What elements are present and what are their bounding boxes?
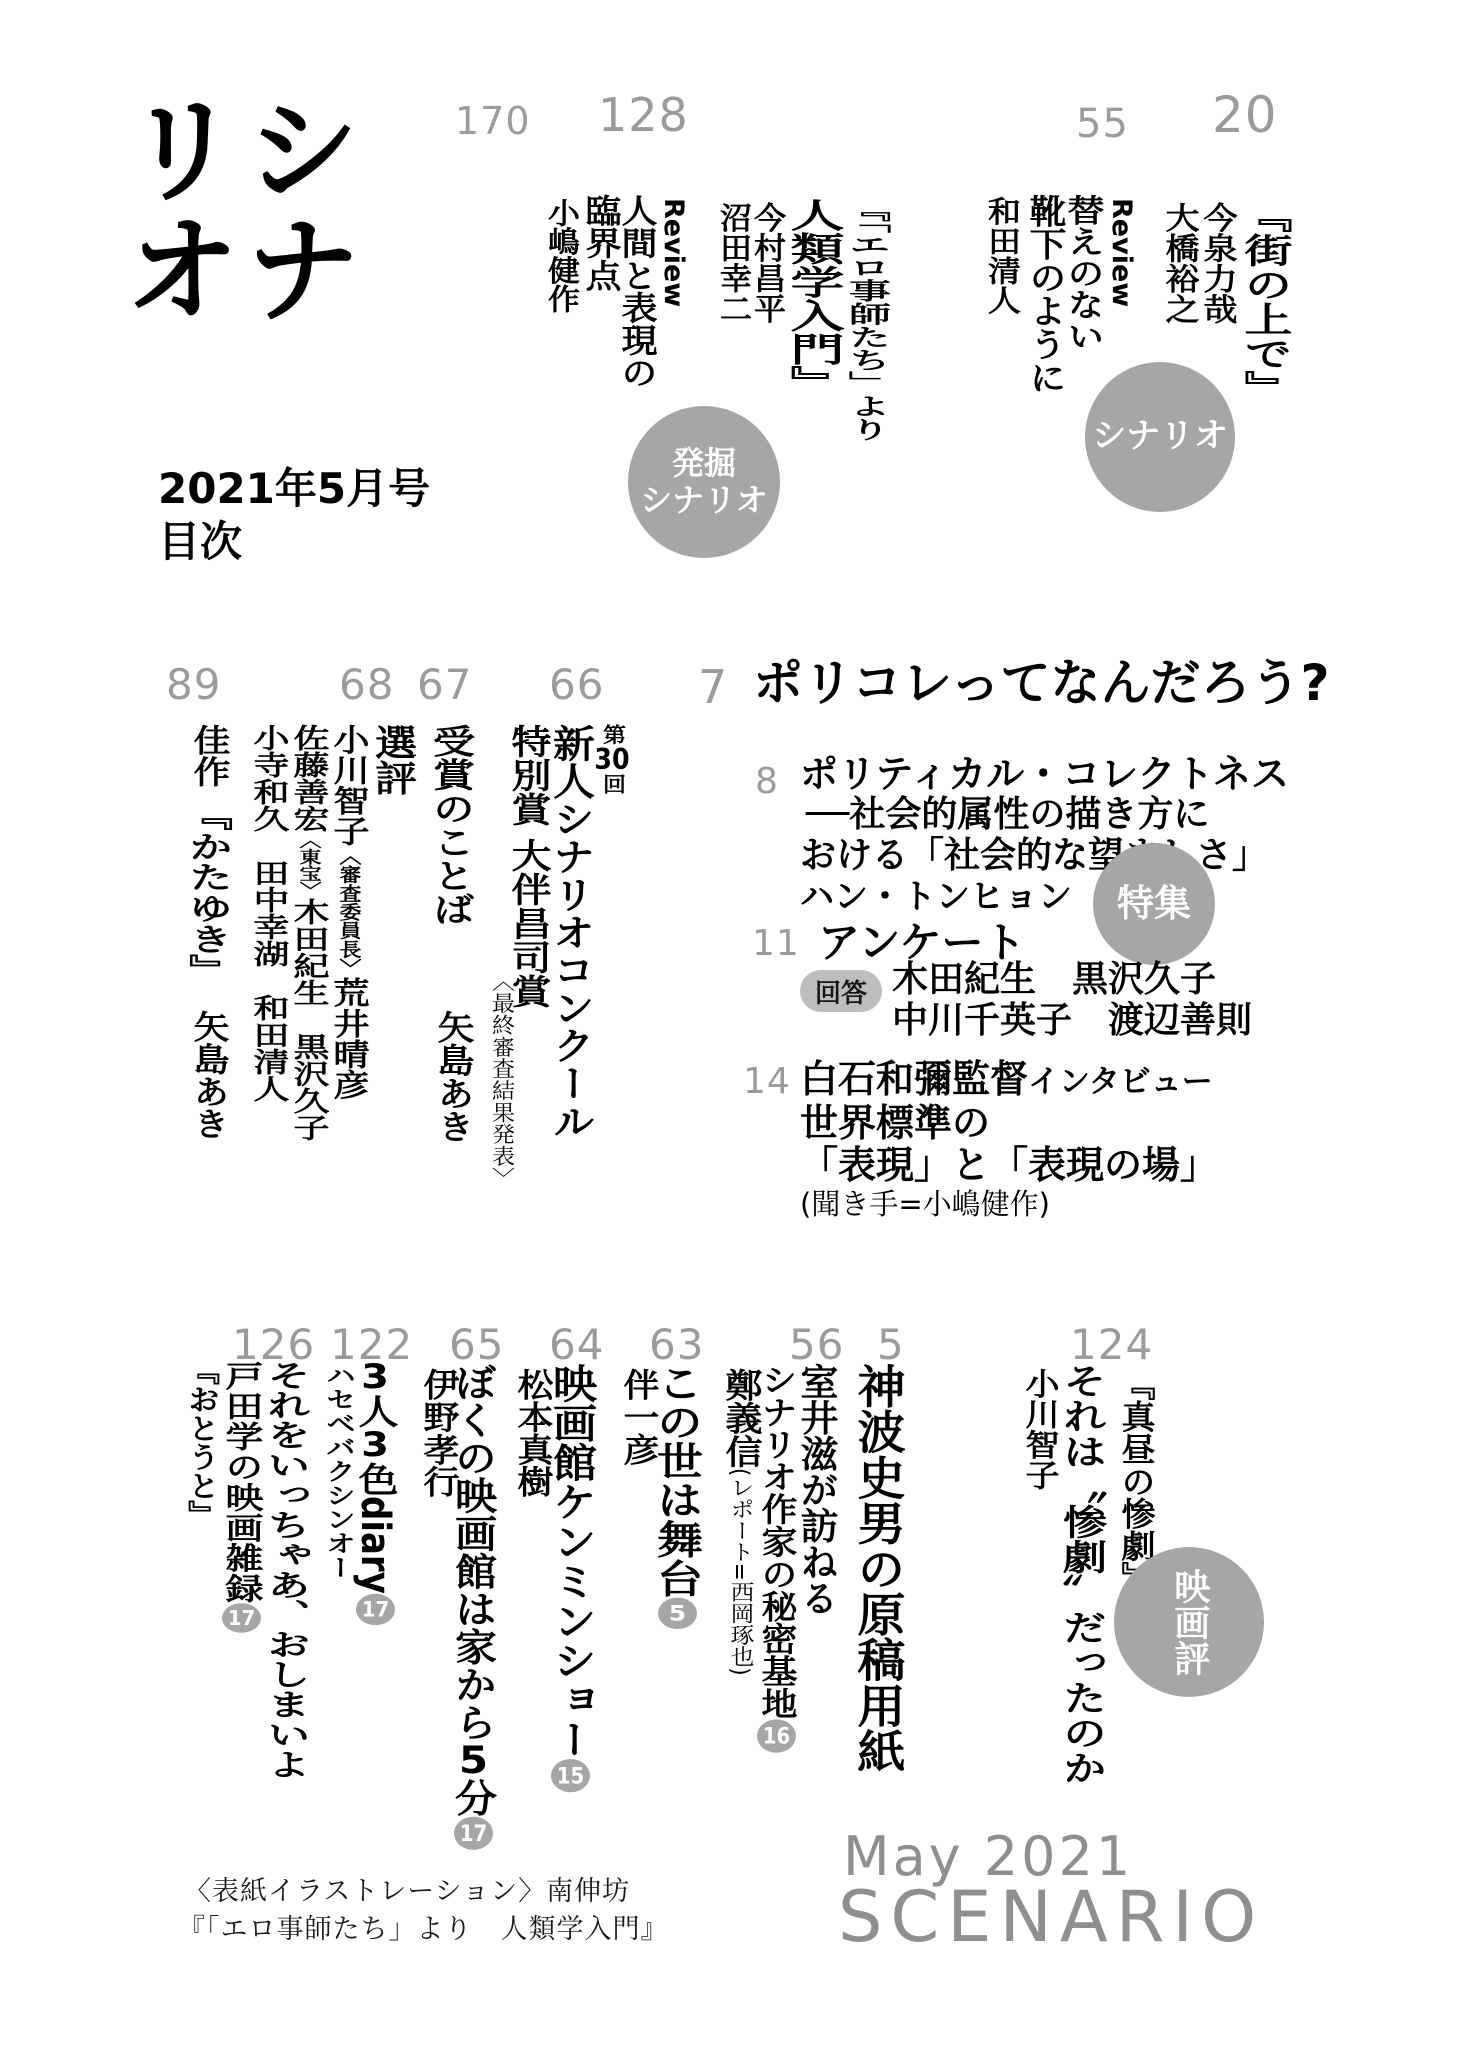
entry-14-interview-label: インタビュー [1028, 1064, 1213, 1100]
page-number-63: 63 [649, 1324, 704, 1366]
entry-65-author: 伊野孝行 [420, 1368, 456, 1498]
entry-20-title: 『街の上で』 [1240, 198, 1288, 405]
entry-126-work: 『おとうと』 [186, 1356, 218, 1529]
entry-55-review-label: Review [1108, 198, 1135, 307]
entry-5-title: 神波史男の原稿用紙 [853, 1363, 901, 1773]
entry-128-author-2: 沼田幸二 [718, 202, 750, 324]
entry-128-author-1: 今村昌平 [752, 202, 784, 324]
entry-89-author: 矢島あき [190, 1010, 226, 1140]
entry-65-title-digit: 5 [449, 1741, 498, 1779]
eigahyo-badge: 映画評 [1114, 1547, 1264, 1697]
entry-89-label: 佳作 [190, 724, 227, 787]
entry-128-title-line-1: 『「エロ事師たち」より [846, 198, 888, 441]
entry-65-episode-badge: 17 [454, 1817, 493, 1850]
page-number-68: 68 [339, 664, 394, 706]
entry-122-digit-1: 3 [352, 1360, 398, 1394]
entry-11-names-line-2: 中川千英子 渡辺善則 [892, 1003, 1252, 1039]
page-number-7: 7 [698, 664, 728, 710]
entry-14-director: 白石和彌監督 [800, 1057, 1028, 1101]
entry-122-digit-2: 3 [352, 1428, 398, 1462]
kaitou-pill-label: 回答 [815, 973, 867, 1010]
entry-68-judge-chair: 小川智子 [328, 724, 369, 846]
page-number-124: 124 [1070, 1324, 1153, 1366]
eigahyo-badge-label: 映画評 [1168, 1568, 1209, 1676]
entry-68-judge-sato: 佐藤善宏 [288, 724, 329, 832]
entry-126-subtitle-text: 戸田学の映画雑録 [219, 1360, 263, 1603]
tokushu-badge: 特集 [1093, 843, 1215, 965]
entry-56-episode-badge: 16 [757, 1719, 796, 1752]
entry-170-title-line-1: 人間と表現の [618, 194, 654, 388]
entry-68-judges-column-1: 小川智子〈審査委員長〉荒井晴彦 [330, 724, 366, 1100]
magazine-brand-english: SCENARIO [838, 1882, 1264, 1952]
entry-68-title: 選評 [372, 724, 414, 795]
entry-67-author: 矢島あき [434, 1010, 471, 1143]
entry-126-episode-badge: 17 [222, 1603, 261, 1633]
entry-14-title-line-2: 世界標準の [800, 1104, 990, 1142]
entry-68-chair-role: 〈審査委員長〉 [336, 846, 361, 977]
page-number-14: 14 [743, 1064, 791, 1100]
entry-64-author: 松本真樹 [514, 1368, 550, 1498]
page-number-55: 55 [1076, 104, 1129, 144]
entry-67-title: 受賞のことば [430, 724, 472, 926]
entry-68-judge-arai: 荒井晴彦 [328, 977, 369, 1099]
page-number-66: 66 [549, 664, 604, 706]
entry-65-title-suffix: 分 [449, 1779, 498, 1817]
entry-68-judges-column-3: 小寺和久 田中幸湖 和田清人 [250, 724, 286, 1102]
entry-55-title-line-2: 靴下のように [1026, 194, 1063, 394]
toc-label: 目次 [158, 521, 242, 563]
magazine-logo: シナリオ [112, 88, 353, 340]
hakkutsu-badge-line-1: 発掘 [672, 445, 736, 482]
page-number-67: 67 [417, 664, 472, 706]
page-number-20: 20 [1212, 90, 1278, 140]
entry-8-author: ハン・トンヒョン [800, 880, 1072, 914]
entry-124-author: 小川智子 [1022, 1368, 1056, 1490]
scenario-badge: シナリオ [1085, 362, 1235, 512]
tokushu-badge-label: 特集 [1117, 883, 1191, 926]
entry-63-episode-badge: 5 [658, 1598, 697, 1629]
page-number-5: 5 [877, 1324, 905, 1366]
cover-illustration-credit: 〈表紙イラストレーション〉南伸坊 [184, 1878, 630, 1905]
entry-56-line-2-text: シナリオ作家の秘密基地 [756, 1363, 797, 1719]
entry-66-round-prefix: 第 [599, 724, 625, 745]
entry-122-episode-badge: 17 [356, 1594, 395, 1625]
entry-122-author: ハセベバクシンオー [322, 1363, 352, 1579]
entry-66-round-suffix: 回 [599, 774, 625, 795]
entry-170-review-label: Review [660, 198, 687, 307]
entry-68-sato-role: 〈東宝〉 [296, 832, 321, 898]
entry-14-note: (聞き手=小嶋健作) [800, 1190, 1050, 1219]
entry-66-round-digits: 30 [593, 745, 631, 774]
entry-56-author: 鄭義信 [719, 1368, 762, 1468]
hakkutsu-scenario-badge: 発掘 シナリオ [628, 406, 780, 558]
entry-11-names-line-1: 木田紀生 黒沢久子 [892, 962, 1216, 998]
entry-55-title-line-1: 替えのない [1064, 194, 1101, 351]
cover-illustration-work: 『「エロ事師たち」より 人類学入門』 [178, 1916, 669, 1943]
entry-20-author-2: 大橋裕之 [1162, 202, 1196, 324]
page-number-8: 8 [755, 764, 779, 800]
entry-66-title: 新人シナリオコンクール [550, 724, 592, 1140]
entry-68-judges-kida-kurosawa: 木田紀生 黒沢久子 [288, 898, 329, 1141]
page-number-128: 128 [598, 92, 689, 138]
entry-128-title-line-2: 人類学入門』 [786, 198, 840, 399]
entry-63-title: この世は舞台5 [654, 1363, 700, 1629]
entry-122-char-2: 色 [352, 1462, 398, 1496]
entry-64-episode-badge: 15 [551, 1759, 590, 1792]
entry-56-title-line-2: シナリオ作家の秘密基地16 [758, 1363, 794, 1753]
entry-89-title: 『かたゆき』 [184, 800, 228, 985]
entry-56-author-column: 鄭義信(レポート=西岡琢也) [722, 1368, 759, 1676]
entry-56-note: (レポート=西岡琢也) [726, 1468, 754, 1676]
entry-66-note: 〈最終審査結果発表〉 [489, 970, 512, 1189]
entry-63-author: 伴一彦 [620, 1368, 656, 1465]
hakkutsu-badge-line-2: シナリオ [640, 482, 768, 519]
entry-55-author: 和田清人 [986, 196, 1019, 315]
entry-126-title: それをいっちゃあ、おしまいよ [262, 1360, 306, 1779]
page-number-56: 56 [789, 1324, 844, 1366]
page-number-11: 11 [752, 926, 800, 962]
entry-11-title: アンケート [818, 922, 1025, 964]
entry-126-subtitle: 戸田学の映画雑録17 [222, 1360, 260, 1633]
entry-20-author-1: 今泉力哉 [1200, 202, 1234, 324]
magazine-toc-page: シナリオ 2021年5月号 目次 170 128 55 20 『街の上で』 今泉… [0, 0, 1457, 2067]
entry-8-title: ポリティカル・コレクトネス [800, 755, 1289, 793]
feature-title: ポリコレってなんだろう? [753, 658, 1330, 708]
entry-8-subtitle-line-1: ──社会的属性の描き方に [806, 797, 1209, 833]
entry-170-title-line-2: 臨界点 [582, 194, 618, 291]
entry-170-author: 小嶋健作 [546, 198, 578, 313]
entry-66-round-number: 第30回 [596, 724, 628, 794]
kaitou-pill: 回答 [800, 970, 882, 1012]
page-number-64: 64 [549, 1324, 604, 1366]
entry-122-title: 3人3色diary17 [355, 1360, 395, 1625]
issue-date: 2021年5月号 [158, 468, 430, 510]
entry-122-char-1: 人 [352, 1394, 398, 1428]
entry-66-subtitle: 特別賞 大伴昌司賞 [508, 724, 548, 1008]
entry-14-title-line-1: 白石和彌監督インタビュー [800, 1060, 1213, 1098]
entry-14-title-line-3: 「表現」と「表現の場」 [800, 1146, 1218, 1184]
entry-68-judges-column-2: 佐藤善宏〈東宝〉木田紀生 黒沢久子 [290, 724, 326, 1141]
entry-64-title: 映画館ケンミンショー15 [548, 1363, 592, 1792]
page-number-170: 170 [455, 102, 531, 140]
entry-124-title: それは〝惨劇〟だったのか [1058, 1363, 1102, 1785]
entry-56-title-line-1: 室井滋が訪ねる [797, 1363, 835, 1616]
entry-122-latin: diary [352, 1496, 398, 1594]
page-number-89: 89 [166, 664, 221, 706]
scenario-badge-label: シナリオ [1092, 417, 1228, 456]
page-number-65: 65 [449, 1324, 504, 1366]
